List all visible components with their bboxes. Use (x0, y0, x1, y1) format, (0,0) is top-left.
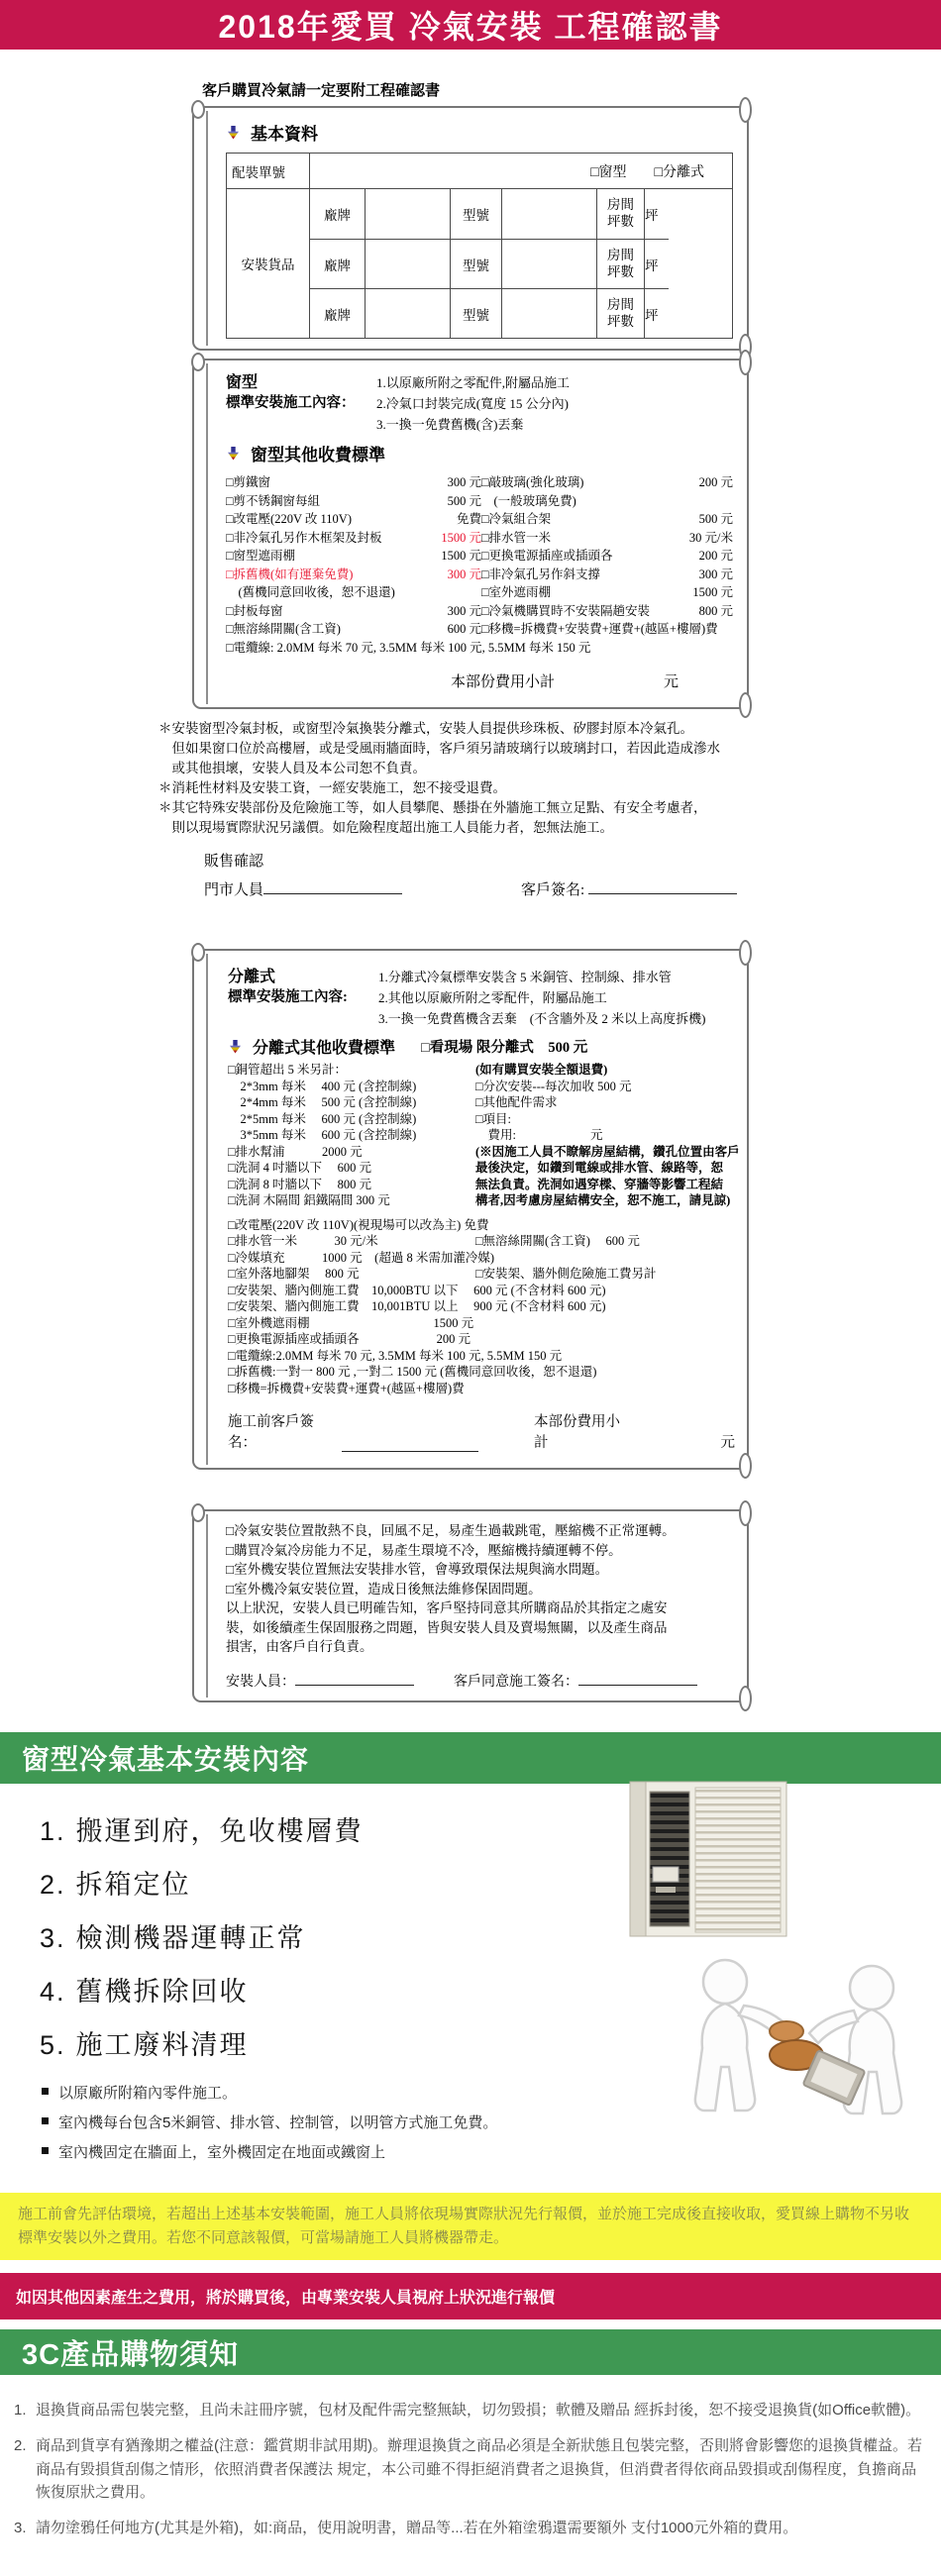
scroll-curl-icon (191, 943, 205, 962)
window-standard-items: 1.以原廠所附之零配件,附屬品施工 2.冷氣口封裝完成(寬度 15 公分內) 3… (376, 372, 733, 435)
scroll-curl-icon (191, 1503, 205, 1522)
fee-price: 300 元 (412, 566, 481, 584)
clerk-signature-line (263, 881, 402, 894)
fee-row: □電纜線:2.0MM 每米 70 元, 3.5MM 每米 100 元, 5.5M… (228, 1348, 735, 1365)
fee-price (718, 620, 789, 639)
type-window-checkbox: □窗型 (590, 161, 626, 181)
goods-rows: 安裝貨品 廠牌 型號 房間坪數 坪 (227, 189, 732, 338)
note-number: 3. (14, 2517, 36, 2539)
note-line: 則以現場實際狀況另議價。如危險程度超出施工人員能力者，恕無法施工。 (158, 818, 941, 838)
fee-row: □室外機遮雨棚 1500 元 (228, 1315, 735, 1332)
shopping-note: 3. 請勿塗鴉任何地方(尤其是外箱)，如:商品，使用說明書，贈品等...若在外箱… (14, 2517, 925, 2539)
room-size-label: 房間坪數 (597, 240, 645, 288)
note-line: ＊安裝窗型冷氣封板，或窗型冷氣換裝分離式，安裝人員提供珍珠板、矽膠封原本冷氣孔。 (158, 719, 941, 739)
fee-label: □排水管一米 30 元/米 (228, 1233, 475, 1250)
note-line: ＊其它特殊安裝部份及危險施工等，如人員攀爬、懸掛在外牆施工無立足點、有安全考慮者… (158, 798, 941, 818)
page: 2018年愛買 冷氣安裝 工程確認書 客戶購買冷氣請一定要附工程確認書 基本資料… (0, 0, 941, 2576)
install-notice: 施工前會先評估環境，若超出上述基本安裝範圍，施工人員將依現場實際狀況先行報價，並… (0, 2193, 941, 2261)
goods-label: 安裝貨品 (227, 189, 310, 338)
window-type-name: 窗型 (226, 372, 376, 393)
fee-label: □室外機遮雨棚 1500 元 (228, 1316, 473, 1330)
note-line: 但如果窗口位於高樓層，或是受風雨牆面時，客戶須另請玻璃行以玻璃封口，若因此造成滲… (158, 739, 941, 759)
installer-figures-image (660, 1948, 937, 2146)
fee-row: □拆舊機:一對一 800 元 ,一對二 1500 元 (舊機同意回收後，恕不退還… (228, 1364, 735, 1381)
fee-label: □非冷氣孔另作斜支撐 (481, 566, 662, 584)
extra-fee-notice: 如因其他因素產生之費用，將於購買後，由專業安裝人員視府上狀況進行報價 (0, 2273, 941, 2319)
note-number: 2. (14, 2434, 36, 2504)
fee-row: □安裝架、牆內側施工費 10,001BTU 以上 900 元 (不含材料 600… (228, 1298, 735, 1315)
fee-label: □改電壓(220V 改 110V)(視現場可以改為主) 免費 (228, 1218, 488, 1232)
model-field (502, 289, 597, 338)
fee-label: □無溶絲開關(含工資) (226, 620, 412, 639)
fee-price: 300 元 (662, 566, 733, 584)
liability-lines: □冷氣安裝位置散熱不良，回風不足，易產生過載跳電，壓縮機不正常運轉。 □購買冷氣… (226, 1521, 733, 1657)
fee-price: 800 元 (662, 602, 733, 621)
installer-signature-line (295, 1673, 414, 1686)
standard-item: 3.一換一免費舊機(含)丟棄 (376, 414, 733, 435)
scroll-curl-icon (739, 940, 752, 966)
brand-label: 廠牌 (310, 289, 366, 338)
basic-section-title: 基本資料 (251, 120, 318, 145)
window-fees-list: □剪鐵窗 300 元 □敲玻璃(強化玻璃) 200 元 □剪不锈鋼窗每組 500… (226, 473, 733, 657)
section-marker-icon (226, 447, 241, 461)
shopping-title-bar: 3C產品購物須知 (0, 2329, 941, 2375)
fee-price: 200 元 (662, 547, 733, 566)
fee-price: 30 元/米 (662, 529, 733, 548)
model-label: 型號 (451, 289, 502, 338)
fee-label: □更換電源插座或插頭各 200 元 (228, 1332, 470, 1346)
step-text: 拆箱定位 (76, 1863, 191, 1902)
fee-row: □改電壓(220V 改 110V)(視現場可以改為主) 免費 (228, 1217, 735, 1234)
fee-label: □敲玻璃(強化玻璃) (481, 473, 662, 492)
scroll-curl-icon (739, 350, 752, 375)
scroll-edge-decoration (206, 954, 208, 1465)
fee-price: 1500 元 (662, 583, 733, 602)
scroll-curl-icon (739, 1686, 752, 1711)
order-row: 配裝單號 □窗型 □分離式 (227, 154, 732, 189)
fee-label: 費用: 元 (475, 1127, 735, 1144)
fee-row: □更換電源插座或插頭各 200 元 (228, 1331, 735, 1348)
consent-signature-line (578, 1673, 697, 1686)
fee-label: □洗洞 木隔間 鋁鐵隔間 300 元 (228, 1192, 475, 1209)
fee-price: 500 元 (412, 492, 481, 511)
fee-label: □拆舊機:一對一 800 元 ,一對二 1500 元 (舊機同意回收後，恕不退還… (228, 1365, 596, 1379)
fee-label: (※因施工人員不瞭解房屋結構，鑽孔位置由客戶 (475, 1144, 740, 1161)
fee-label: □冷氣組合架 (481, 510, 662, 529)
brand-label: 廠牌 (310, 240, 366, 288)
subtotal-unit: 元 (720, 1431, 735, 1452)
top-note: 客戶購買冷氣請一定要附工程確認書 (202, 79, 941, 100)
split-type-scroll: 分離式 標準安裝施工內容: 1.分離式冷氣標準安裝含 5 米銅管、控制線、排水管… (192, 949, 749, 1470)
install-step: 1. 搬運到府，免收樓層費 (40, 1809, 941, 1848)
split-standard-label: 標準安裝施工內容: (228, 987, 378, 1008)
fee-label: 構者,因考慮房屋結構安全，恕不施工，請見諒) (475, 1192, 735, 1209)
model-label: 型號 (451, 189, 502, 239)
fee-label: □更換電源插座或插頭各 (481, 547, 662, 566)
fee-row: 2*4mm 每米 500 元 (含控制線) □其他配件需求 (228, 1094, 735, 1111)
room-size-label: 房間坪數 (597, 189, 645, 239)
fee-label: □排水管一米 (481, 529, 662, 548)
window-basic-title: 窗型冷氣基本安裝內容 (22, 1738, 309, 1778)
liability-line: 以上狀況，安裝人員已明確告知，客戶堅持同意其所購商品於其指定之處安 (226, 1598, 733, 1618)
fee-label: □分次安裝---每次加收 500 元 (475, 1079, 735, 1095)
product-row: 廠牌 型號 房間坪數 坪 (310, 288, 669, 338)
fee-label: □室外遮雨棚 (481, 583, 662, 602)
fee-label: □剪鐵窗 (226, 473, 412, 492)
step-text: 舊機拆除回收 (76, 1970, 249, 2009)
window-type-scroll: 窗型 標準安裝施工內容： 1.以原廠所附之零配件,附屬品施工 2.冷氣口封裝完成… (192, 359, 749, 709)
window-fees-title-row: 窗型其他收費標準 (226, 441, 733, 465)
step-number: 5. (40, 2030, 66, 2061)
presign-row: 施工前客戶簽名：本部份費用小計元 (228, 1410, 735, 1452)
scroll-curl-icon (739, 97, 752, 123)
bullet-text: 室內機固定在牆面上，室外機固定在地面或鐵窗上 (58, 2141, 385, 2162)
scroll-curl-icon (739, 692, 752, 718)
step-number: 1. (40, 1816, 66, 1847)
liability-scroll: □冷氣安裝位置散熱不良，回風不足，易產生過載跳電，壓縮機不正常運轉。 □購買冷氣… (192, 1509, 749, 1702)
note-text: 退換貨商品需包裝完整，且尚未註冊序號，包材及配件需完整無缺，切勿毀損；軟體及贈品… (36, 2399, 925, 2421)
page-title: 2018年愛買 冷氣安裝 工程確認書 (219, 2, 723, 48)
split-standard-header: 分離式 標準安裝施工內容: 1.分離式冷氣標準安裝含 5 米銅管、控制線、排水管… (228, 967, 735, 1029)
fee-row: □窗型遮雨棚 1500 元 □更換電源插座或插頭各 200 元 (226, 547, 733, 566)
split-type-name: 分離式 (228, 967, 378, 987)
fee-row: □冷媒填充 1000 元 (超過 8 米需加灌冷媒) (228, 1250, 735, 1267)
window-notes: ＊安裝窗型冷氣封板，或窗型冷氣換裝分離式，安裝人員提供珍珠板、矽膠封原本冷氣孔。… (158, 719, 941, 838)
model-field (502, 189, 597, 239)
subtotal-label: 本部份費用小計 (451, 670, 555, 691)
unit-label: 坪 (645, 240, 669, 288)
fee-price: 200 元 (662, 473, 733, 492)
window-standard-label: 標準安裝施工內容： (226, 393, 376, 414)
model-label: 型號 (451, 240, 502, 288)
clerk-label: 門市人員 (204, 882, 263, 898)
liability-line: 裝，如後續產生保固服務之問題，皆與安裝人員及賣場無關，以及產生商品 (226, 1618, 733, 1638)
note-text: 商品到貨享有猶豫期之權益(注意：鑑賞期非試用期)。辦理退換貨之商品必須是全新狀態… (36, 2434, 925, 2504)
fee-label: □電纜線:2.0MM 每米 70 元, 3.5MM 每米 100 元, 5.5M… (228, 1349, 562, 1363)
consent-label: 客戶同意施工簽名： (454, 1675, 578, 1690)
fee-price: 1500 元 (412, 529, 481, 548)
product-row: 廠牌 型號 房間坪數 坪 (310, 239, 669, 288)
fee-label: (舊機同意回收後，恕不退還) (226, 583, 412, 602)
note-line: 或其他損壞，安裝人員及本公司恕不負責。 (158, 759, 941, 778)
split-fees-title: 分離式其他收費標準 (253, 1035, 395, 1058)
bullet-item: 室內機固定在牆面上，室外機固定在地面或鐵窗上 (40, 2141, 634, 2162)
fee-label: □項目: (475, 1111, 735, 1128)
subtotal-label: 本部份費用小計 (534, 1410, 626, 1452)
fee-row: □銅管超出 5 米另計： (如有購買安裝全額退費) (228, 1062, 735, 1079)
scroll-edge-decoration (206, 111, 208, 346)
fee-price (412, 583, 481, 602)
standard-item: 1.以原廠所附之零配件,附屬品施工 (376, 372, 733, 393)
standard-item: 2.冷氣口封裝完成(寬度 15 公分內) (376, 393, 733, 414)
fee-label: □移機=拆機費+安裝費+運費+(越區+樓層)費 (228, 1382, 465, 1395)
fee-label: 3*5mm 每米 600 元 (含控制線) (228, 1127, 475, 1144)
fee-row: □移機=拆機費+安裝費+運費+(越區+樓層)費 (228, 1381, 735, 1397)
standard-item: 2.其他以原廠所附之零配件，附屬品施工 (378, 987, 735, 1008)
scroll-edge-decoration (206, 1514, 208, 1698)
note-line: ＊消耗性材料及安裝工資，一經安裝施工，恕不接受退費。 (158, 778, 941, 798)
fee-label: 最後決定，如鑽到電線或排水管、線路等，恕 (475, 1160, 735, 1177)
section-marker-icon (226, 126, 241, 140)
fee-label: □移機=拆機費+安裝費+運費+(越區+樓層)費 (481, 620, 718, 639)
liability-sign-row: 安裝人員：客戶同意施工簽名： (226, 1671, 733, 1691)
note-number: 1. (14, 2399, 36, 2421)
brand-field (366, 240, 451, 288)
basic-table: 配裝單號 □窗型 □分離式 安裝貨品 廠牌 型號 (226, 153, 733, 339)
fee-label (228, 1209, 475, 1217)
fee-row: □封板每窗 300 元 □冷氣機購買時不安裝隔趟安裝 800 元 (226, 602, 733, 621)
shopping-note: 2. 商品到貨享有猶豫期之權益(注意：鑑賞期非試用期)。辦理退換貨之商品必須是全… (14, 2434, 925, 2504)
fee-price: 300 元 (412, 473, 481, 492)
step-number: 4. (40, 1977, 66, 2008)
room-size-label: 房間坪數 (597, 289, 645, 338)
fee-row: (舊機同意回收後，恕不退還) □室外遮雨棚 1500 元 (226, 583, 733, 602)
fee-label: 無法負責。洗洞如遇穿樑、穿牆等影響工程結 (475, 1177, 735, 1193)
subtotal-unit: 元 (664, 670, 679, 691)
fee-price: 600 元 (412, 620, 481, 639)
liability-line: □購買冷氣冷房能力不足，易產生環境不冷，壓縮機持續運轉不停。 (226, 1541, 733, 1561)
window-basic-section: 1. 搬運到府，免收樓層費 2. 拆箱定位 3. 檢測機器運轉正常 4. 舊機拆… (0, 1784, 941, 2193)
fee-label: □安裝架、牆內側施工費 10,001BTU 以上 900 元 (不含材料 600… (228, 1299, 606, 1313)
page-title-banner: 2018年愛買 冷氣安裝 工程確認書 (0, 0, 941, 50)
fee-row: □電纜線: 2.0MM 每米 70 元, 3.5MM 每米 100 元, 5.5… (226, 639, 733, 658)
fee-price: 500 元 (662, 510, 733, 529)
fee-price: 1500 元 (412, 547, 481, 566)
installer-label: 安裝人員： (226, 1675, 295, 1690)
fee-row: □無溶絲開關(含工資) 600 元 □移機=拆機費+安裝費+運費+(越區+樓層)… (226, 620, 733, 639)
brand-label: 廠牌 (310, 189, 366, 239)
fee-label: 2*4mm 每米 500 元 (含控制線) (228, 1094, 475, 1111)
square-bullet-icon (42, 2088, 49, 2095)
step-text: 施工廢料清理 (76, 2023, 249, 2062)
fee-row: □非冷氣孔另作木框架及封板 1500 元 □排水管一米 30 元/米 (226, 529, 733, 548)
fee-label: 2*5mm 每米 600 元 (含控制線) (228, 1111, 475, 1128)
fee-row: □室外落地腳架 800 元 □安裝架、牆外側危險施工費另計 (228, 1266, 735, 1283)
note-text: 請勿塗鴉任何地方(尤其是外箱)，如:商品，使用說明書，贈品等...若在外箱塗鴉還… (36, 2517, 925, 2539)
fee-label: □安裝架、牆內側施工費 10,000BTU 以下 600 元 (不含材料 600… (228, 1284, 606, 1297)
standard-item: 3.一換一免費舊機含丟棄 (不含牆外及 2 米以上高度拆機) (378, 1008, 735, 1029)
scroll-curl-icon (191, 100, 205, 119)
scroll-curl-icon (191, 353, 205, 371)
liability-line: 損害，由客戶自行負責。 (226, 1637, 733, 1657)
fee-row: □改電壓(220V 改 110V) 免費 □冷氣組合架 500 元 (226, 510, 733, 529)
fee-row: □排水管一米 30 元/米 □無溶絲開關(含工資) 600 元 (228, 1233, 735, 1250)
standard-item: 1.分離式冷氣標準安裝含 5 米銅管、控制線、排水管 (378, 967, 735, 987)
product-row: 廠牌 型號 房間坪數 坪 (310, 189, 669, 239)
fee-row: □拆舊機(如有運棄免費) 300 元 □非冷氣孔另作斜支撐 300 元 (226, 566, 733, 584)
fee-row: □排水幫浦 2000 元 (※因施工人員不瞭解房屋結構，鑽孔位置由客戶 (228, 1144, 735, 1161)
fee-row: 3*5mm 每米 600 元 (含控制線) 費用: 元 (228, 1127, 735, 1144)
fee-row: □安裝架、牆內側施工費 10,000BTU 以下 600 元 (不含材料 600… (228, 1283, 735, 1299)
square-bullet-icon (42, 2117, 49, 2124)
fee-row: □洗洞 8 吋牆以下 800 元 無法負責。洗洞如遇穿樑、穿牆等影響工程結 (228, 1177, 735, 1193)
fee-label (475, 1209, 735, 1217)
step-text: 檢測機器運轉正常 (76, 1916, 306, 1955)
split-fees-title-row: 分離式其他收費標準 □看現場 限分離式 500 元 (228, 1035, 735, 1058)
window-standard-header: 窗型 標準安裝施工內容： 1.以原廠所附之零配件,附屬品施工 2.冷氣口封裝完成… (226, 372, 733, 435)
fee-price (662, 492, 733, 511)
step-number: 3. (40, 1923, 66, 1954)
type-split-checkbox: □分離式 (655, 161, 704, 181)
bullet-text: 室內機每台包含5米銅管、排水管、控制管，以明管方式施工免費。 (58, 2112, 497, 2132)
shopping-note: 1. 退換貨商品需包裝完整，且尚未註冊序號，包材及配件需完整無缺，切勿毀損；軟體… (14, 2399, 925, 2421)
brand-field (366, 289, 451, 338)
fee-label: □安裝架、牆外側危險施工費另計 (475, 1266, 735, 1283)
fee-label: □改電壓(220V 改 110V) (226, 510, 412, 529)
fee-row: □洗洞 4 吋牆以下 600 元 最後決定，如鑽到電線或排水管、線路等，恕 (228, 1160, 735, 1177)
presign-label: 施工前客戶簽名： (228, 1410, 334, 1452)
order-no-field (310, 154, 590, 188)
unit-label: 坪 (645, 189, 669, 239)
fee-label: 2*3mm 每米 400 元 (含控制線) (228, 1079, 475, 1095)
fee-label: □洗洞 8 吋牆以下 800 元 (228, 1177, 475, 1193)
shopping-title: 3C產品購物須知 (22, 2332, 239, 2373)
bullet-item: 室內機每台包含5米銅管、排水管、控制管，以明管方式施工免費。 (40, 2112, 634, 2132)
fee-label: □窗型遮雨棚 (226, 547, 412, 566)
fee-price: 免費 (412, 510, 481, 529)
fee-label: □非冷氣孔另作木框架及封板 (226, 529, 412, 548)
window-basic-title-bar: 窗型冷氣基本安裝內容 (0, 1732, 941, 1784)
order-no-label: 配裝單號 (227, 154, 310, 188)
fee-label: (一般玻璃免費) (481, 492, 662, 511)
sale-confirmation: 販售確認 門市人員客戶簽名: (204, 850, 941, 899)
step-number: 2. (40, 1870, 66, 1901)
fee-label: □銅管超出 5 米另計： (228, 1062, 475, 1079)
liability-line: □室外機冷氣安裝位置，造成日後無法維修保固問題。 (226, 1580, 733, 1599)
brand-field (366, 189, 451, 239)
install-step: 2. 拆箱定位 (40, 1863, 941, 1902)
fee-row (228, 1209, 735, 1217)
window-subtotal-row: 本部份費用小計 元 (226, 670, 679, 691)
fee-label: □其他配件需求 (475, 1094, 735, 1111)
step-text: 搬運到府，免收樓層費 (76, 1809, 364, 1848)
fee-row: 2*5mm 每米 600 元 (含控制線) □項目: (228, 1111, 735, 1128)
fee-label: □無溶絲開關(含工資) 600 元 (475, 1233, 735, 1250)
model-field (502, 240, 597, 288)
customer-signature-line (588, 881, 737, 894)
fee-label: (如有購買安裝全額退費) (475, 1062, 735, 1079)
split-fees-list: □銅管超出 5 米另計： (如有購買安裝全額退費) 2*3mm 每米 400 元… (228, 1062, 735, 1396)
fee-label: □洗洞 4 吋牆以下 600 元 (228, 1160, 475, 1177)
basic-info-scroll: 基本資料 配裝單號 □窗型 □分離式 安裝貨品 廠牌 (192, 106, 749, 351)
fee-label: □拆舊機(如有運棄免費) (226, 566, 412, 584)
type-checkboxes: □窗型 □分離式 (590, 154, 732, 188)
fee-label: □冷氣機購買時不安裝隔趟安裝 (481, 602, 662, 621)
scroll-curl-icon (739, 1453, 752, 1479)
presign-signature-line (342, 1439, 478, 1452)
fee-label: □剪不锈鋼窗每組 (226, 492, 412, 511)
customer-sign-label: 客戶簽名: (521, 882, 588, 898)
fee-label: □排水幫浦 2000 元 (228, 1144, 475, 1161)
split-standard-items: 1.分離式冷氣標準安裝含 5 米銅管、控制線、排水管 2.其他以原廠所附之零配件… (378, 967, 735, 1029)
section-marker-icon (228, 1040, 243, 1054)
liability-line: □室外機安裝位置無法安裝排水管，會導致環保法規與滴水問題。 (226, 1560, 733, 1580)
fee-label: □封板每窗 (226, 602, 412, 621)
shopping-notes: 1. 退換貨商品需包裝完整，且尚未註冊序號，包材及配件需完整無缺，切勿毀損；軟體… (0, 2375, 941, 2576)
liability-line: □冷氣安裝位置散熱不良，回風不足，易產生過載跳電，壓縮機不正常運轉。 (226, 1521, 733, 1541)
fee-row: □剪鐵窗 300 元 □敲玻璃(強化玻璃) 200 元 (226, 473, 733, 492)
sale-confirm-title: 販售確認 (204, 850, 941, 871)
scroll-curl-icon (739, 1500, 752, 1526)
sale-sign-row: 門市人員客戶簽名: (204, 878, 941, 899)
bullet-text: 以原廠所附箱內零件施工。 (58, 2082, 237, 2103)
fee-label: □室外落地腳架 800 元 (228, 1266, 475, 1283)
fee-price: 300 元 (412, 602, 481, 621)
fee-row: 2*3mm 每米 400 元 (含控制線) □分次安裝---每次加收 500 元 (228, 1079, 735, 1095)
fee-label: □冷媒填充 1000 元 (超過 8 米需加灌冷媒) (228, 1251, 494, 1265)
bullet-item: 以原廠所附箱內零件施工。 (40, 2082, 634, 2103)
unit-label: 坪 (645, 289, 669, 338)
scroll-edge-decoration (206, 363, 208, 704)
square-bullet-icon (42, 2147, 49, 2154)
site-check-option: □看現場 限分離式 500 元 (421, 1036, 587, 1057)
window-fees-title: 窗型其他收費標準 (251, 441, 385, 465)
fee-row: □洗洞 木隔間 鋁鐵隔間 300 元 構者,因考慮房屋結構安全，恕不施工，請見諒… (228, 1192, 735, 1209)
fee-row: □剪不锈鋼窗每組 500 元 (一般玻璃免費) (226, 492, 733, 511)
window-ac-image (620, 1776, 796, 1951)
fee-label: □電纜線: 2.0MM 每米 70 元, 3.5MM 每米 100 元, 5.5… (226, 641, 590, 655)
basic-section-title-row: 基本資料 (226, 120, 733, 145)
